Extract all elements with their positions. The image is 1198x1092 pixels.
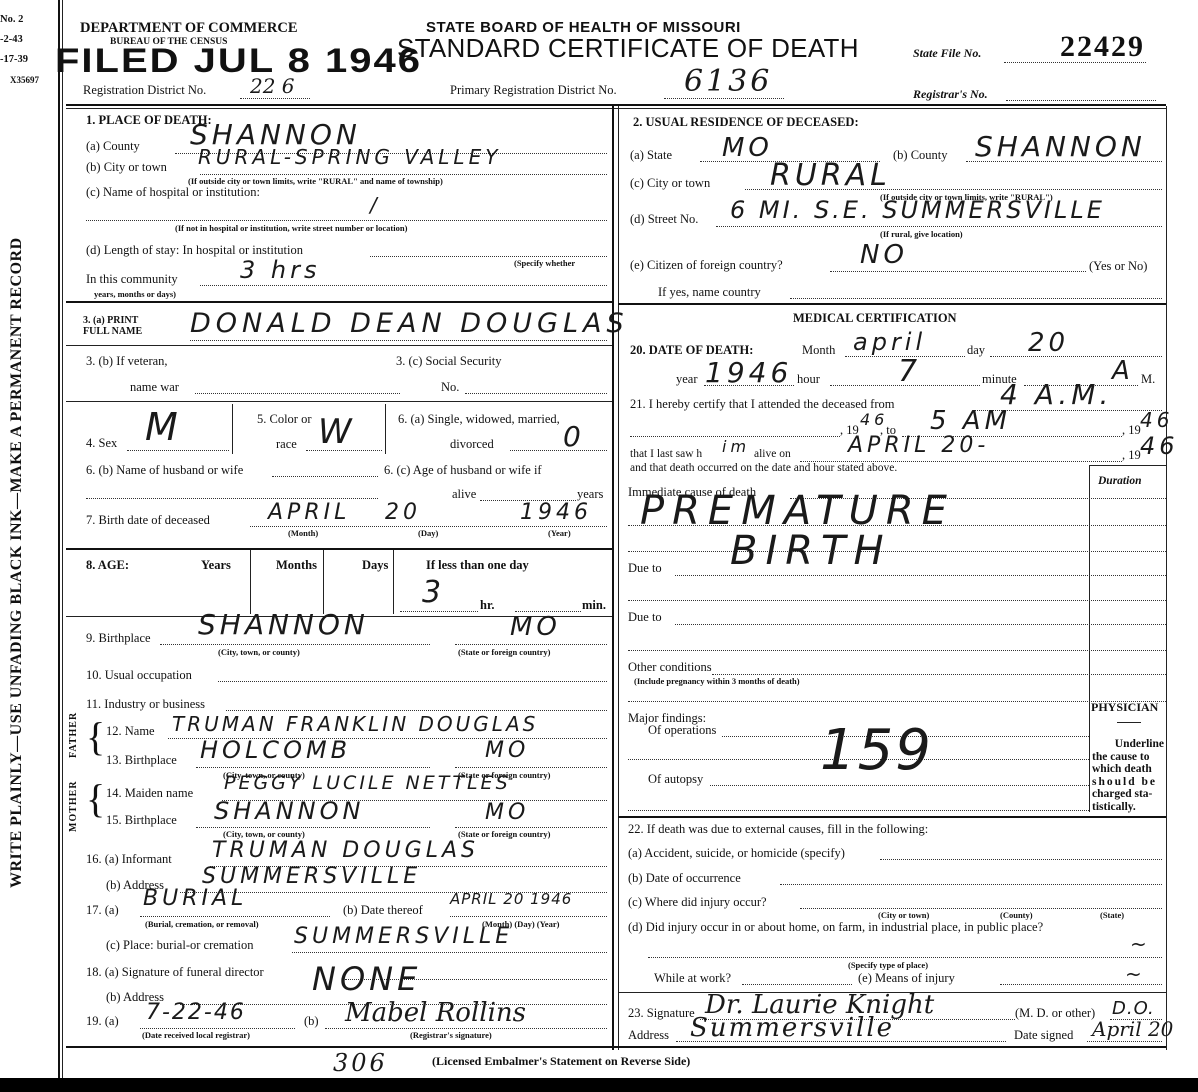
physician-note: Underline the cause to which death shoul…: [1092, 738, 1164, 813]
date-signed-value: April 20: [1092, 1017, 1173, 1041]
age-col-days: Days: [362, 558, 388, 573]
death-day-value: 20: [1028, 328, 1069, 358]
mother-birth-state-value: MO: [485, 800, 529, 825]
father-birth-city-value: HOLCOMB: [200, 736, 351, 764]
marital-line: [510, 450, 607, 451]
marital-value: 0: [563, 420, 585, 453]
min-label: min.: [582, 598, 606, 613]
father-birth-state-line: [455, 767, 607, 768]
specify-note: (Specify type of place): [848, 960, 928, 970]
burial-place-label: (c) Place: burial-or cremation: [106, 938, 254, 953]
divorced-label: divorced: [450, 437, 494, 452]
where-line: [800, 908, 1162, 909]
alive-on-value: APRIL 20-: [848, 433, 989, 458]
father-birth-city-line: [196, 767, 430, 768]
mother-side-label: MOTHER: [68, 780, 79, 832]
autopsy-label: Of autopsy: [648, 772, 703, 787]
hr-line: [400, 611, 478, 612]
statistical-code: 159: [820, 718, 933, 783]
section-divider: [66, 345, 612, 346]
where-note-state: (State): [1100, 910, 1124, 920]
hospital-line: [86, 220, 607, 221]
external-heading: 22. If death was due to external causes,…: [628, 822, 928, 837]
section-divider: [66, 548, 612, 550]
day-note: (Day): [418, 528, 438, 538]
physician-note-line: which death: [1092, 763, 1164, 776]
due-to-label-2: Due to: [628, 610, 662, 625]
hr-label: hr.: [480, 598, 494, 613]
primary-district-label: Primary Registration District No.: [450, 83, 617, 98]
work-label: While at work?: [654, 971, 731, 986]
alive-on-label: alive on: [754, 448, 791, 460]
to-year-prefix: , 19: [1122, 423, 1141, 438]
section-divider: [618, 303, 1166, 305]
accident-label: (a) Accident, suicide, or homicide (spec…: [628, 846, 845, 861]
mother-birth-state-line: [455, 827, 607, 828]
form-number: -2-43: [0, 34, 23, 45]
residence-county-value: SHANNON: [975, 130, 1146, 163]
informant-label: 16. (a) Informant: [86, 852, 172, 867]
mother-birth-city-value: SHANNON: [214, 797, 364, 825]
death-hour-value: 7: [898, 354, 921, 389]
birth-date-line: [250, 526, 607, 527]
registrar-b-label: (b): [304, 1014, 319, 1029]
sex-label: 4. Sex: [86, 436, 117, 451]
burial-date-label: (b) Date thereof: [343, 903, 423, 918]
age-col-less-day: If less than one day: [426, 558, 529, 573]
occurred-label: and that death occurred on the date and …: [630, 462, 897, 474]
father-name-value: TRUMAN FRANKLIN DOUGLAS: [172, 712, 538, 736]
citizen-label: (e) Citizen of foreign country?: [630, 258, 783, 273]
funeral-director-value: NONE: [312, 960, 421, 998]
registrar-signature: Mabel Rollins: [345, 998, 526, 1028]
date-signed-label: Date signed: [1014, 1028, 1073, 1043]
occurrence-date-label: (b) Date of occurrence: [628, 871, 741, 886]
industry-label: 11. Industry or business: [86, 697, 205, 712]
burial-method-note: (Burial, cremation, or removal): [145, 919, 259, 929]
burial-date-value: APRIL 20 1946: [450, 890, 572, 908]
residence-state-value: MO: [722, 133, 773, 163]
work-line: [742, 984, 852, 985]
registration-district-value: 22 6: [250, 74, 295, 98]
occupation-label: 10. Usual occupation: [86, 668, 192, 683]
cause-value-line2: BIRTH: [730, 528, 892, 574]
county-label: (a) County: [86, 139, 140, 154]
father-birth-state-value: MO: [485, 738, 529, 763]
registrar-no-label: Registrar's No.: [913, 87, 988, 102]
mother-birth-city-line: [196, 827, 430, 828]
birthplace-state-value: MO: [510, 612, 561, 642]
frame-top: [66, 104, 1166, 106]
frame-top-inner: [66, 108, 1166, 109]
other-conditions-line: [712, 674, 1166, 675]
name-label-line: FULL NAME: [83, 326, 142, 337]
form-number: -17-39: [0, 54, 28, 65]
margin-rule: [62, 0, 63, 1078]
burial-method-value: BURIAL: [143, 886, 247, 911]
physician-note-line: should be: [1092, 776, 1164, 789]
home-label: (d) Did injury occur in or about home, o…: [628, 920, 1043, 935]
mother-name-label: 14. Maiden name: [106, 786, 193, 801]
medical-heading: MEDICAL CERTIFICATION: [793, 311, 957, 326]
death-month-value: april: [853, 328, 926, 356]
alive-year-value: 46: [1140, 432, 1179, 460]
divider: [385, 404, 386, 454]
name-line: [190, 340, 607, 341]
ss-no-label: No.: [441, 380, 459, 395]
signature-label: 23. Signature: [628, 1006, 695, 1021]
center-divider: [612, 106, 614, 1050]
address-label: Address: [628, 1028, 669, 1043]
community-label: In this community: [86, 272, 178, 287]
means-mark: ~: [1125, 962, 1146, 986]
center-divider-inner: [618, 106, 619, 1050]
street-note: (If rural, give location): [880, 229, 963, 239]
where-note-county: (County): [1000, 910, 1033, 920]
hospital-label: (c) Name of hospital or institution:: [86, 185, 260, 200]
citizen-note: (Yes or No): [1089, 259, 1147, 274]
md-value: D.O.: [1112, 998, 1155, 1019]
cause-line-3: [628, 551, 1166, 552]
spouse-label: 6. (b) Name of husband or wife: [86, 463, 243, 478]
certify-label: 21. I hereby certify that I attended the…: [630, 397, 894, 412]
country-line: [790, 298, 1162, 299]
marital-label: 6. (a) Single, widowed, married,: [398, 412, 560, 427]
burial-place-value: SUMMERSVILLE: [294, 924, 513, 949]
war-line: [195, 393, 400, 394]
mother-name-value: PEGGY LUCILE NETTLES: [224, 772, 511, 794]
divider: [250, 550, 251, 614]
registrar-sig-line: [325, 1028, 607, 1029]
residence-street-value: 6 MI. S.E. SUMMERSVILLE: [730, 196, 1105, 224]
physician-address: Summersville: [690, 1013, 894, 1043]
registration-district-line: [240, 98, 310, 99]
death-ampm-value: A: [1112, 356, 1134, 386]
physician-note-line: the cause to: [1092, 751, 1164, 764]
community-value: 3 hrs: [240, 256, 320, 284]
divider: [323, 550, 324, 614]
md-label: (M. D. or other): [1015, 1006, 1095, 1021]
burial-place-line: [292, 952, 607, 953]
due-to-line-2: [675, 624, 1166, 625]
form-code: X35697: [10, 75, 39, 85]
due-to-line-1b: [628, 600, 1166, 601]
other-conditions-note: (Include pregnancy within 3 months of de…: [634, 676, 800, 686]
means-label: (e) Means of injury: [858, 971, 955, 986]
age-label: 8. AGE:: [86, 558, 129, 573]
due-to-line-1: [675, 575, 1166, 576]
last-saw-pronoun: im: [722, 437, 750, 456]
state-note: (State or foreign country): [458, 647, 550, 657]
burial-method-line: [140, 916, 330, 917]
divider: [232, 404, 233, 454]
received-line: [140, 1028, 295, 1029]
section-divider: [66, 301, 612, 303]
operations-label: Of operations: [648, 723, 716, 738]
stay-specify: (Specify whether: [514, 258, 575, 268]
page-number: 306: [333, 1049, 388, 1077]
hospital-note: (If not in hospital or institution, writ…: [175, 223, 407, 233]
frame-right: [1166, 106, 1167, 1050]
war-label: name war: [130, 380, 179, 395]
state-file-number: 22429: [1060, 30, 1145, 64]
accident-line: [880, 859, 1162, 860]
registrar-no-line: [1006, 100, 1156, 101]
county-label: (b) County: [893, 148, 948, 163]
country-label: If yes, name country: [658, 285, 761, 300]
race-label: race: [276, 437, 297, 452]
birth-date-label: 7. Birth date of deceased: [86, 513, 210, 528]
physician-note-line: charged sta-: [1092, 788, 1164, 801]
full-name-value: DONALD DEAN DOUGLAS: [190, 308, 629, 339]
physician-note-line: Underline: [1092, 738, 1164, 751]
alive-label: alive: [452, 487, 476, 502]
age-col-months: Months: [276, 558, 317, 573]
duration-divider: [1089, 466, 1090, 812]
race-value: W: [318, 412, 356, 452]
stay-line: [370, 256, 607, 257]
residence-city-value: RURAL: [770, 158, 891, 193]
spouse-age-label: 6. (c) Age of husband or wife if: [384, 463, 542, 478]
department: DEPARTMENT OF COMMERCE: [80, 20, 298, 37]
where-note-city: (City or town): [878, 910, 929, 920]
birth-year-value: 1946: [520, 500, 592, 525]
margin-rule: [58, 0, 60, 1078]
due-to-label-1: Due to: [628, 561, 662, 576]
citizen-value: NO: [860, 240, 908, 270]
primary-district-value: 6136: [684, 64, 772, 99]
age-col-years: Years: [201, 558, 231, 573]
mother-birth-label: 15. Birthplace: [106, 813, 177, 828]
citizen-line: [830, 271, 1086, 272]
embalmer-note: (Licensed Embalmer's Statement on Revers…: [432, 1054, 690, 1069]
section-divider: [66, 401, 612, 402]
due-to-line-2b: [628, 650, 1166, 651]
community-note: years, months or days): [94, 289, 176, 299]
father-brace: {: [86, 712, 105, 762]
industry-line: [226, 710, 607, 711]
birth-month-value: APRIL: [268, 500, 350, 525]
section-heading: 2. USUAL RESIDENCE OF DECEASED:: [633, 115, 859, 130]
to-year-value: 46: [1140, 408, 1173, 432]
year-label: year: [676, 372, 698, 387]
name-label-line: 3. (a) PRINT: [83, 315, 142, 326]
spouse-line-2: [86, 498, 378, 499]
physician-note-line: tistically.: [1092, 801, 1164, 814]
death-year-value: 1946: [705, 356, 792, 389]
year-note: (Year): [548, 528, 571, 538]
divider: [393, 550, 394, 614]
burial-label: 17. (a): [86, 903, 119, 918]
birthplace-label: 9. Birthplace: [86, 631, 151, 646]
month-note: (Month): [288, 528, 318, 538]
other-line-2: [628, 701, 1166, 702]
filed-stamp: FILED JUL 8 1946: [55, 42, 422, 80]
home-mark: ~: [1130, 932, 1151, 956]
father-name-label: 12. Name: [106, 724, 155, 739]
section-divider: [618, 816, 1166, 818]
father-birth-label: 13. Birthplace: [106, 753, 177, 768]
birthplace-state-line: [455, 644, 607, 645]
burial-date-line: [450, 916, 607, 917]
received-date-value: 7-22-46: [146, 1000, 246, 1025]
physician-heading: PHYSICIAN: [1091, 700, 1158, 715]
ss-line: [465, 393, 607, 394]
birthplace-city-line: [160, 644, 430, 645]
scan-border: [0, 1078, 1198, 1092]
margin-instruction: WRITE PLAINLY—USE UNFADING BLACK INK—MAK…: [8, 237, 26, 888]
autopsy-line: [710, 785, 1089, 786]
received-note: (Date received local registrar): [142, 1030, 250, 1040]
city-note: (City, town, or county): [218, 647, 300, 657]
form-number: No. 2: [0, 14, 23, 25]
mother-brace: {: [86, 774, 105, 824]
city-label: (b) City or town: [86, 160, 167, 175]
funeral-director-label: 18. (a) Signature of funeral director: [86, 965, 264, 980]
last-saw-label: that I last saw h: [630, 448, 702, 460]
community-line: [200, 285, 607, 286]
birth-day-value: 20: [385, 500, 421, 525]
occupation-line: [218, 681, 607, 682]
city-label: (c) City or town: [630, 176, 710, 191]
page-title: STANDARD CERTIFICATE OF DEATH: [397, 33, 859, 64]
father-side-label: FATHER: [68, 712, 79, 758]
m-label: M.: [1141, 372, 1155, 387]
duration-label: Duration: [1098, 475, 1141, 487]
attended-from-value: 4 A.M.: [1000, 378, 1112, 411]
veteran-label: 3. (b) If veteran,: [86, 354, 168, 369]
home-line: [648, 957, 1162, 958]
attended-to-value: 5 AM: [930, 406, 1011, 436]
where-label: (c) Where did injury occur?: [628, 895, 767, 910]
physician-rule: [1117, 722, 1141, 723]
day-label: day: [967, 343, 985, 358]
death-city-value: RURAL-SPRING VALLEY: [198, 145, 501, 169]
day-line: [990, 356, 1162, 357]
hospital-value: /: [370, 193, 381, 217]
registration-district-label: Registration District No.: [83, 83, 206, 98]
color-label: 5. Color or: [257, 412, 312, 427]
spouse-line: [272, 476, 378, 477]
date-signed-line: [1087, 1041, 1162, 1042]
name-label: 3. (a) PRINT FULL NAME: [83, 315, 142, 337]
birthplace-city-value: SHANNON: [198, 608, 369, 641]
frame-bottom: [66, 1046, 1166, 1048]
received-label: 19. (a): [86, 1014, 119, 1029]
month-label: Month: [802, 343, 835, 358]
sex-line: [127, 450, 229, 451]
autopsy-line-2: [628, 810, 1089, 811]
state-file-label: State File No.: [913, 46, 981, 61]
street-line: [716, 226, 1162, 227]
other-conditions-label: Other conditions: [628, 660, 712, 675]
occurrence-date-line: [780, 884, 1162, 885]
duration-top: [1089, 465, 1166, 466]
hour-label: hour: [797, 372, 820, 387]
alive-year-prefix: , 19: [1122, 448, 1141, 463]
city-line: [200, 174, 607, 175]
ss-label: 3. (c) Social Security: [396, 354, 502, 369]
street-label: (d) Street No.: [630, 212, 698, 227]
sex-value: M: [145, 405, 182, 449]
informant-value: TRUMAN DOUGLAS: [212, 838, 479, 863]
state-label: (a) State: [630, 148, 672, 163]
age-hours-value: 3: [422, 575, 445, 610]
registrar-note: (Registrar's signature): [410, 1030, 492, 1040]
